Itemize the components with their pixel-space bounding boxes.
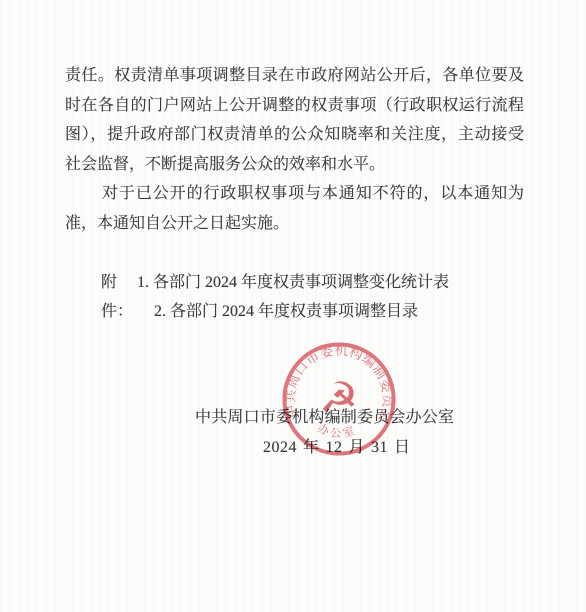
- paragraph-line: 准，本通知自公开之日起实施。: [65, 209, 524, 239]
- attachment-row: 2. 各部门 2024 年度权责事项调整目录: [65, 297, 524, 327]
- attachment-row: 附件： 1. 各部门 2024 年度权责事项调整变化统计表: [65, 268, 524, 298]
- attachments-label: 附件：: [101, 268, 137, 298]
- paragraph-line: 图），提升政府部门权责清单的公众知晓率和关注度，主动接受: [65, 120, 524, 150]
- hammer-sickle-icon: ☭: [318, 374, 359, 424]
- paragraph-line: 对于已公开的行政职权事项与本通知不符的，以本通知为: [65, 179, 524, 209]
- paragraph-line: 责任。权责清单事项调整目录在市政府网站公开后，各单位要及: [65, 61, 524, 91]
- official-seal: 中共周口市委机构编制委员会 办公室 ☭: [277, 337, 401, 461]
- official-seal-graphic: 中共周口市委机构编制委员会 办公室 ☭: [277, 337, 401, 461]
- blank-line: [65, 238, 524, 268]
- attachment-item: 2. 各部门 2024 年度权责事项调整目录: [154, 297, 418, 327]
- paragraph-line: 时在各自的门户网站上公开调整的权责事项（行政职权运行流程: [65, 91, 524, 121]
- attachment-item: 1. 各部门 2024 年度权责事项调整变化统计表: [137, 268, 449, 298]
- paragraph-line: 社会监督，不断提高服务公众的效率和水平。: [65, 150, 524, 180]
- document-page: 责任。权责清单事项调整目录在市政府网站公开后，各单位要及 时在各自的门户网站上公…: [0, 0, 586, 612]
- document-body: 责任。权责清单事项调整目录在市政府网站公开后，各单位要及 时在各自的门户网站上公…: [65, 61, 524, 327]
